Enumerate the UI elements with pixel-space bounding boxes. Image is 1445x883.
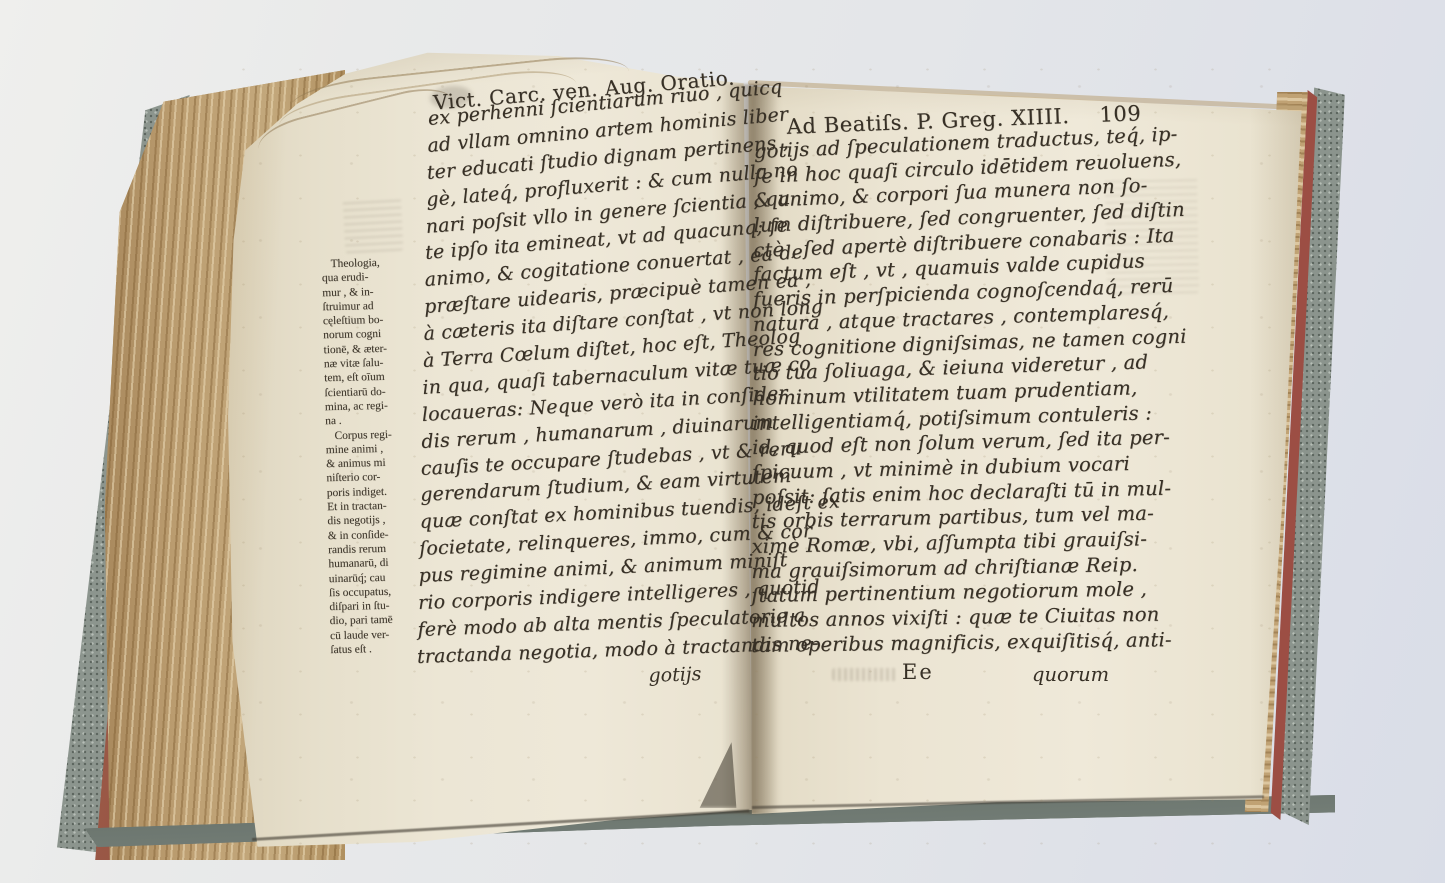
- text-line: ſatus eſt .: [330, 641, 438, 658]
- margin-note-corpus: Corpus regi-mine animi ,& animus miniſte…: [325, 426, 438, 657]
- left-margin-notes: Theologia,qua erudi-mur , & in-ſtruimur …: [321, 255, 438, 658]
- right-page-number: 109: [1099, 101, 1142, 127]
- left-body-text: ex perhenni ſcientiarum riuo , quicqad v…: [416, 106, 752, 671]
- margin-note-theologia: Theologia,qua erudi-mur , & in-ſtruimur …: [321, 255, 433, 429]
- right-signature-row: Ee quorum: [752, 660, 1172, 690]
- signature-mark: Ee: [902, 660, 934, 684]
- right-catchword: quorum: [1032, 663, 1109, 686]
- photo-of-open-antique-book: Vict. Carc. ven. Aug. Oratio. ex perhenn…: [0, 0, 1445, 883]
- text-line: tam operibus magnificis, exquiſitisq́, a…: [751, 628, 1175, 659]
- ink-show-through: [343, 195, 404, 254]
- right-body-text: gotijs ad ſpeculationem traductus, teq́,…: [750, 140, 1174, 658]
